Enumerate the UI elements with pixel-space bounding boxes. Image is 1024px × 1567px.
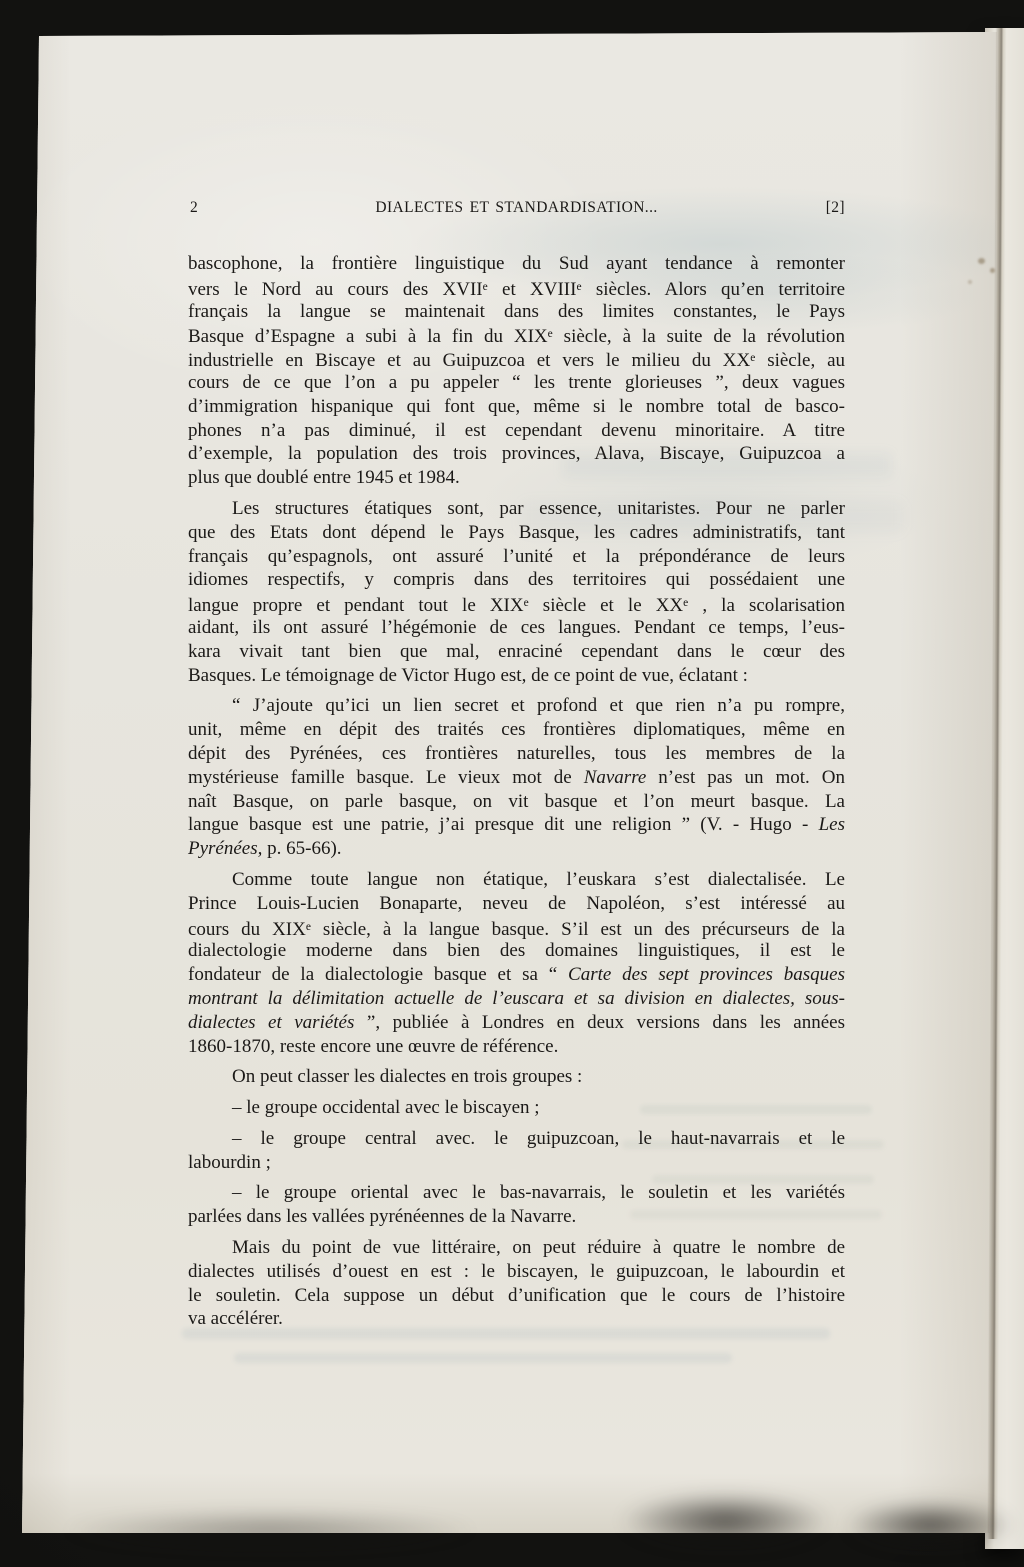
text-line: idiomes respectifs, y compris dans des t…: [188, 568, 845, 592]
text-segment: langue propre et pendant tout le XIX: [188, 595, 524, 616]
text-line: d’immigration hispanique qui font que, m…: [188, 395, 845, 419]
text-segment: idiomes respectifs, y compris dans des t…: [188, 569, 845, 590]
text-segment: dialectes utilisés d’ouest en est : le b…: [188, 1261, 845, 1282]
text-segment: – le groupe occidental avec le biscayen …: [232, 1097, 540, 1118]
text-segment: 1860-1870, reste encore une œuvre de réf…: [188, 1036, 558, 1057]
text-segment: – le groupe central avec. le guipuzcoan,…: [232, 1128, 845, 1149]
text-segment: Basque d’Espagne a subi à la fin du XIX: [188, 326, 548, 347]
body-text: bascophone, la frontière linguistique du…: [188, 252, 845, 1331]
text-line: dialectologie moderne dans bien des doma…: [188, 939, 845, 963]
text-line: – le groupe central avec. le guipuzcoan,…: [188, 1127, 845, 1151]
text-line: cours de ce que l’on a pu appeler “ les …: [188, 371, 845, 395]
text-segment: Les structures étatiques sont, par essen…: [232, 498, 845, 519]
text-segment: vers le Nord au cours des XVII: [188, 279, 483, 300]
text-segment: p. 65-66).: [262, 838, 341, 859]
text-segment: industrielle en Biscaye et au Guipuzcoa …: [188, 350, 750, 371]
page-shadow: [620, 1492, 830, 1550]
text-segment: – le groupe oriental avec le bas-navarra…: [232, 1182, 845, 1203]
text-segment: naît Basque, on parle basque, on vit bas…: [188, 791, 845, 812]
text-segment: n’est pas un mot. On: [646, 767, 845, 788]
text-line: – le groupe oriental avec le bas-navarra…: [188, 1181, 845, 1205]
text-column: 2 DIALECTES ET STANDARDISATION... [2] ba…: [188, 199, 845, 1338]
text-line: Pyrénées, p. 65-66).: [188, 837, 845, 861]
paragraph: bascophone, la frontière linguistique du…: [188, 252, 845, 490]
text-segment: siècle, au: [755, 350, 845, 371]
text-segment: cours de ce que l’on a pu appeler “ les …: [188, 372, 845, 393]
text-line: langue propre et pendant tout le XIXe si…: [188, 592, 845, 616]
text-line: – le groupe occidental avec le biscayen …: [188, 1096, 845, 1120]
paragraph: – le groupe occidental avec le biscayen …: [188, 1096, 845, 1120]
text-line: labourdin ;: [188, 1151, 845, 1175]
text-line: dialectes utilisés d’ouest en est : le b…: [188, 1260, 845, 1284]
text-segment: d’exemple, la population des trois provi…: [188, 443, 845, 464]
text-segment: Mais du point de vue littéraire, on peut…: [232, 1237, 845, 1258]
bracket-page-number: [2]: [826, 199, 845, 217]
text-line: français qu’espagnols, ont assuré l’unit…: [188, 545, 845, 569]
text-line: dialectes et variétés ”, publiée à Londr…: [188, 1011, 845, 1035]
paper-speck: [978, 258, 985, 264]
text-line: Prince Louis-Lucien Bonaparte, neveu de …: [188, 892, 845, 916]
text-segment: kara vivait tant bien que mal, enraciné …: [188, 641, 845, 662]
page-shadow: [845, 1500, 1015, 1550]
text-segment: Prince Louis-Lucien Bonaparte, neveu de …: [188, 893, 845, 914]
italic-text: Les: [819, 814, 845, 835]
text-segment: mystérieuse famille basque. Le vieux mot…: [188, 767, 584, 788]
paragraph: – le groupe oriental avec le bas-navarra…: [188, 1181, 845, 1229]
text-segment: phones n’a pas diminué, il est cependant…: [188, 420, 845, 441]
text-line: unit, même en dépit des traités ces fron…: [188, 718, 845, 742]
text-segment: siècle, à la langue basque. S’il est un …: [311, 919, 845, 940]
text-line: Basque d’Espagne a subi à la fin du XIXe…: [188, 323, 845, 347]
paper-speck: [990, 268, 995, 273]
text-segment: et XVIII: [488, 279, 577, 300]
text-segment: aidant, ils ont assuré l’hégémonie de ce…: [188, 617, 845, 638]
paragraph: – le groupe central avec. le guipuzcoan,…: [188, 1127, 845, 1175]
text-segment: bascophone, la frontière linguistique du…: [188, 253, 845, 274]
text-segment: dépit des Pyrénées, ces frontières natur…: [188, 743, 845, 764]
text-segment: Basques. Le témoignage de Victor Hugo es…: [188, 665, 748, 686]
running-title: DIALECTES ET STANDARDISATION...: [375, 199, 657, 217]
text-line: montrant la délimitation actuelle de l’e…: [188, 987, 845, 1011]
text-line: Les structures étatiques sont, par essen…: [188, 497, 845, 521]
text-line: langue basque est une patrie, j’ai presq…: [188, 813, 845, 837]
text-segment: Comme toute langue non étatique, l’euska…: [232, 869, 845, 890]
text-line: phones n’a pas diminué, il est cependant…: [188, 419, 845, 443]
text-segment: “ J’ajoute qu’ici un lien secret et prof…: [232, 695, 845, 716]
text-line: kara vivait tant bien que mal, enraciné …: [188, 640, 845, 664]
text-line: fondateur de la dialectologie basque et …: [188, 963, 845, 987]
paragraph: “ J’ajoute qu’ici un lien secret et prof…: [188, 694, 845, 861]
text-segment: unit, même en dépit des traités ces fron…: [188, 719, 845, 740]
text-line: cours du XIXe siècle, à la langue basque…: [188, 916, 845, 940]
text-segment: cours du XIX: [188, 919, 306, 940]
text-line: vers le Nord au cours des XVIIe et XVIII…: [188, 276, 845, 300]
text-segment: parlées dans les vallées pyrénéennes de …: [188, 1206, 576, 1227]
paragraph: Mais du point de vue littéraire, on peut…: [188, 1236, 845, 1331]
text-segment: siècles. Alors qu’en territoire: [582, 279, 845, 300]
text-line: français la langue se maintenait dans de…: [188, 300, 845, 324]
text-line: que des Etats dont dépend le Pays Basque…: [188, 521, 845, 545]
page-shadow: [60, 1510, 480, 1550]
page-header: 2 DIALECTES ET STANDARDISATION... [2]: [188, 199, 845, 219]
text-line: On peut classer les dialectes en trois g…: [188, 1065, 845, 1089]
italic-text: Carte des sept provinces basques: [568, 964, 845, 985]
text-segment: On peut classer les dialectes en trois g…: [232, 1066, 582, 1087]
text-segment: dialectologie moderne dans bien des doma…: [188, 940, 845, 961]
text-segment: langue basque est une patrie, j’ai presq…: [188, 814, 819, 835]
text-line: va accélérer.: [188, 1307, 845, 1331]
text-line: parlées dans les vallées pyrénéennes de …: [188, 1205, 845, 1229]
text-segment: va accélérer.: [188, 1308, 283, 1329]
text-line: aidant, ils ont assuré l’hégémonie de ce…: [188, 616, 845, 640]
italic-text: Navarre: [584, 767, 647, 788]
book-page: 2 DIALECTES ET STANDARDISATION... [2] ba…: [22, 32, 997, 1533]
italic-text: dialectes et variétés: [188, 1012, 354, 1033]
text-line: d’exemple, la population des trois provi…: [188, 442, 845, 466]
text-segment: labourdin ;: [188, 1152, 271, 1173]
text-line: “ J’ajoute qu’ici un lien secret et prof…: [188, 694, 845, 718]
text-segment: français la langue se maintenait dans de…: [188, 301, 845, 322]
text-line: plus que doublé entre 1945 et 1984.: [188, 466, 845, 490]
text-segment: le souletin. Cela suppose un début d’uni…: [188, 1285, 845, 1306]
show-through-ghost: [234, 1353, 732, 1363]
text-line: mystérieuse famille basque. Le vieux mot…: [188, 766, 845, 790]
text-segment: français qu’espagnols, ont assuré l’unit…: [188, 546, 845, 567]
text-segment: que des Etats dont dépend le Pays Basque…: [188, 522, 845, 543]
text-line: 1860-1870, reste encore une œuvre de réf…: [188, 1035, 845, 1059]
text-line: Basques. Le témoignage de Victor Hugo es…: [188, 664, 845, 688]
italic-text: Pyrénées,: [188, 838, 262, 859]
page-number: 2: [190, 199, 198, 217]
text-segment: siècle, à la suite de la révolution: [553, 326, 845, 347]
paper-speck: [968, 280, 972, 284]
text-segment: , la scolarisation: [688, 595, 845, 616]
text-line: naît Basque, on parle basque, on vit bas…: [188, 790, 845, 814]
text-segment: plus que doublé entre 1945 et 1984.: [188, 467, 460, 488]
text-line: dépit des Pyrénées, ces frontières natur…: [188, 742, 845, 766]
paragraph: Les structures étatiques sont, par essen…: [188, 497, 845, 687]
text-line: le souletin. Cela suppose un début d’uni…: [188, 1284, 845, 1308]
text-segment: d’immigration hispanique qui font que, m…: [188, 396, 845, 417]
text-segment: siècle et le XX: [529, 595, 683, 616]
italic-text: montrant la délimitation actuelle de l’e…: [188, 988, 845, 1009]
text-line: industrielle en Biscaye et au Guipuzcoa …: [188, 347, 845, 371]
text-line: bascophone, la frontière linguistique du…: [188, 252, 845, 276]
text-line: Mais du point de vue littéraire, on peut…: [188, 1236, 845, 1260]
paragraph: On peut classer les dialectes en trois g…: [188, 1065, 845, 1089]
paragraph: Comme toute langue non étatique, l’euska…: [188, 868, 845, 1058]
text-segment: fondateur de la dialectologie basque et …: [188, 964, 568, 985]
text-line: Comme toute langue non étatique, l’euska…: [188, 868, 845, 892]
text-segment: ”, publiée à Londres en deux versions da…: [354, 1012, 845, 1033]
photo-background: 2 DIALECTES ET STANDARDISATION... [2] ba…: [0, 0, 1024, 1567]
